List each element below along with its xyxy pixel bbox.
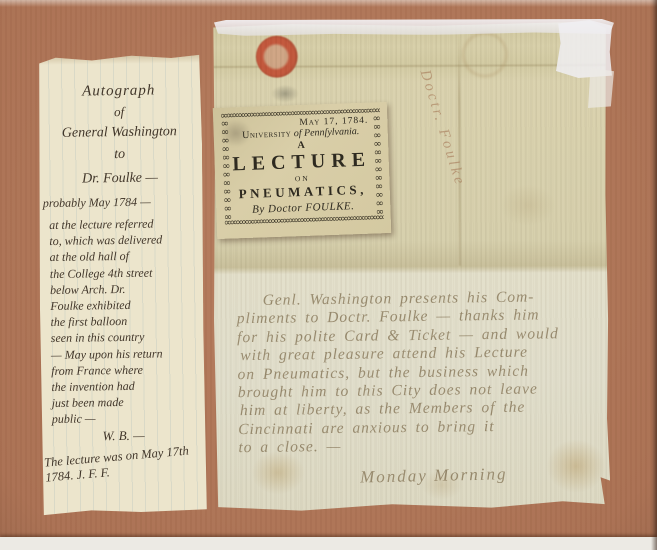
tape-patch (588, 68, 614, 108)
note-header: AutographofGeneral WashingtontoDr. Foulk… (36, 80, 203, 191)
text-line: Autograph (36, 80, 201, 103)
text-line: Dr. Foulke — (37, 166, 202, 191)
wax-seal-icon (256, 36, 298, 78)
stain-ring (462, 31, 508, 77)
ticket-pennsylvania-word: Pennſylvania. (304, 126, 360, 139)
note-body: at the lecture referredto, which was del… (38, 215, 206, 428)
address-inscription: Doctr. Foulke (416, 68, 468, 189)
letter-body-text: Genl. Washington presents his Com-plimen… (237, 288, 601, 458)
ink-smudge (271, 85, 299, 103)
vertical-fold-crease (457, 27, 460, 266)
ticket-byline: By Doctor FOULKE. (233, 200, 373, 217)
mat-bottom-edge (0, 537, 657, 550)
mat-right-edge (651, 0, 657, 550)
letter-sheet: Doctr. Foulke Genl. Washington presents … (212, 21, 611, 520)
annotation-note-strip: AutographofGeneral WashingtontoDr. Foulk… (36, 54, 207, 516)
ticket-title: LECTURE (231, 149, 372, 177)
note-dateline: probably May 1784 — (38, 192, 203, 212)
mat-top-edge (0, 0, 657, 7)
letter-signoff: Monday Morning (360, 464, 508, 487)
foxing-stain (500, 184, 556, 226)
ticket-of-word: of (294, 128, 302, 139)
text-line: General Washington (37, 121, 202, 144)
note-footer: The lecture was on May 17th1784. J. F. F… (41, 442, 208, 486)
text-line: of (36, 101, 201, 123)
note-initials: W. B. — (41, 426, 206, 444)
tape-patch (556, 20, 612, 78)
ticket-frame: ∞∞∞∞∞∞∞∞∞∞∞∞∞∞∞∞∞∞∞∞∞∞∞∞∞∞∞∞∞∞∞∞∞∞∞∞∞∞∞∞… (220, 107, 384, 228)
text-line: to a close. — (238, 435, 600, 458)
ticket-text: May 17, 1784. University of Pennſylvania… (230, 116, 373, 219)
ticket-university-word: University (242, 128, 292, 141)
photo-mat-board: Doctr. Foulke Genl. Washington presents … (0, 0, 657, 550)
text-line: to (37, 142, 202, 168)
text-line: public — (52, 409, 206, 427)
lecture-ticket: ∞∞∞∞∞∞∞∞∞∞∞∞∞∞∞∞∞∞∞∞∞∞∞∞∞∞∞∞∞∞∞∞∞∞∞∞∞∞∞∞… (213, 102, 391, 239)
chain-border-right: ∞∞∞∞∞∞∞∞∞∞∞∞∞∞∞∞∞∞∞∞∞∞∞∞∞∞∞∞∞∞∞∞∞∞∞∞∞∞∞∞… (372, 113, 384, 216)
annotation-note-text: AutographofGeneral WashingtontoDr. Foulk… (36, 54, 207, 480)
